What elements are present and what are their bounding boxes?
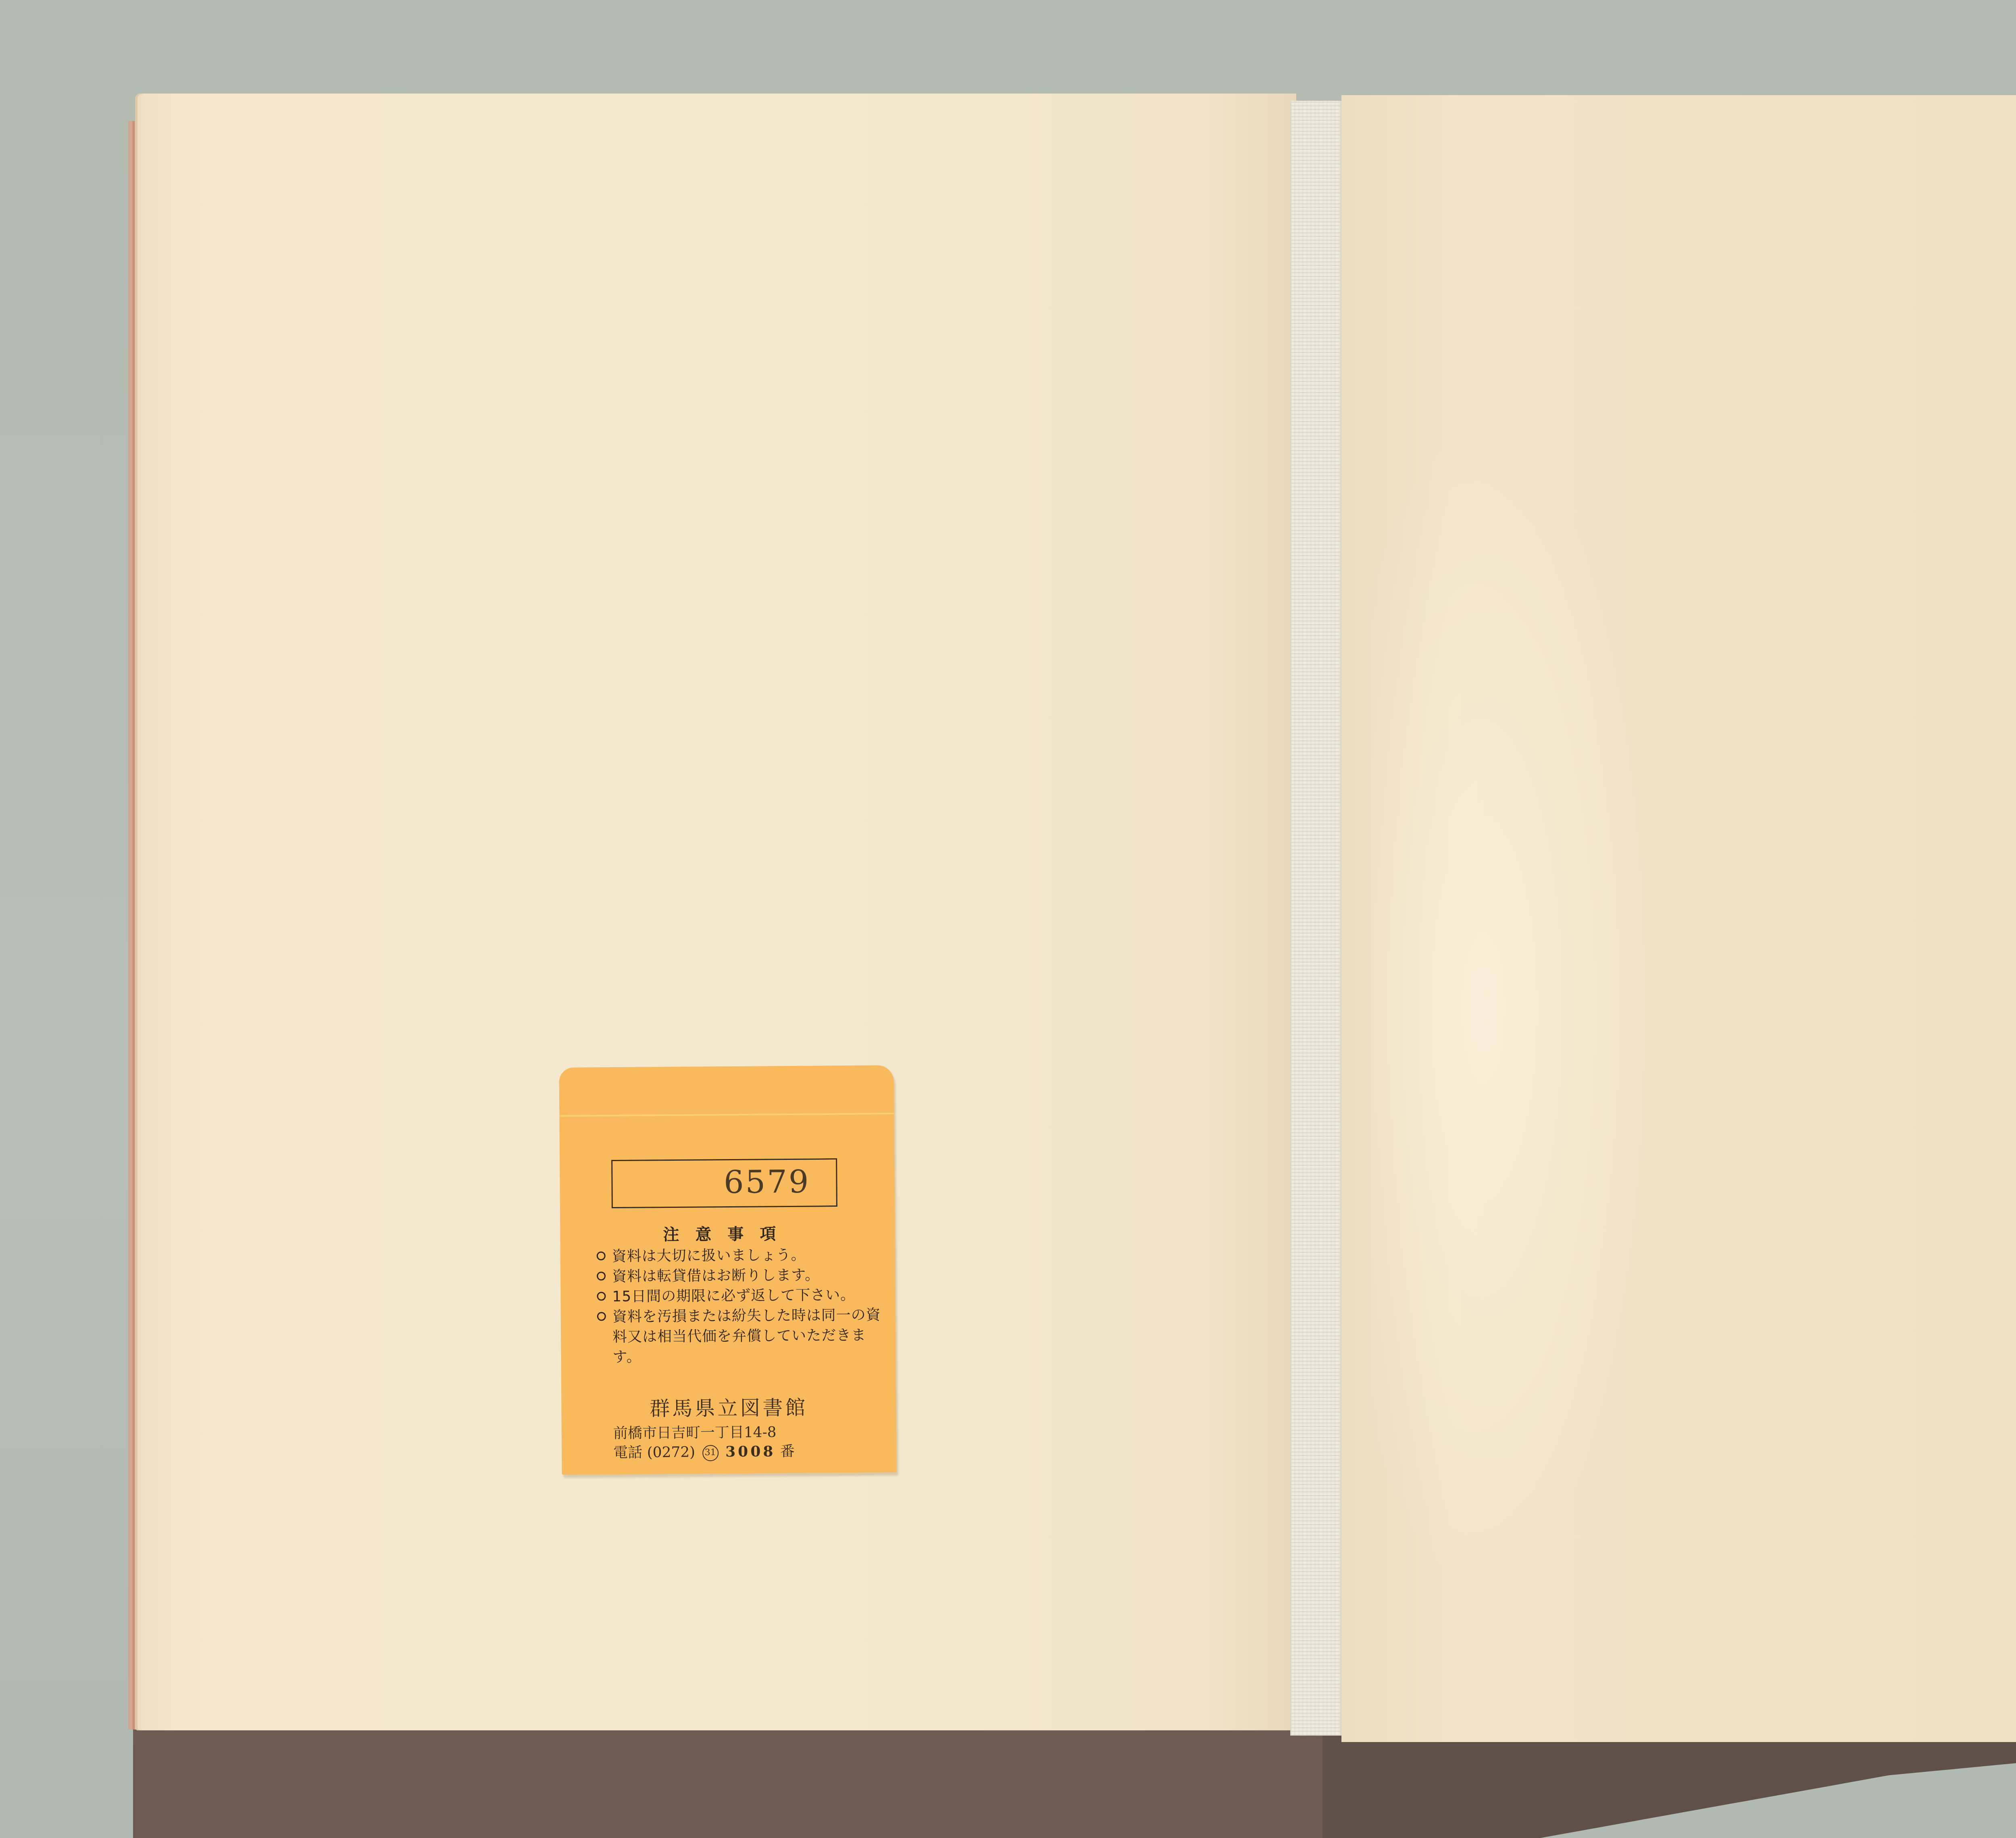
notice-item: 15日間の期限に必ず返して下さい。	[597, 1285, 887, 1307]
pocket-fold-line	[559, 1113, 894, 1117]
library-phone: 電話 (0272) 31 3008 番	[613, 1440, 795, 1462]
library-card-pocket: 6579 注意事項 資料は大切に扱いましょう。 資料は転貸借はお断りします。 1…	[559, 1065, 896, 1475]
notice-item: 資料を汚損または紛失した時は同一の資料又は相当代価を弁償していただきます。	[597, 1305, 888, 1368]
notice-heading: 注意事項	[560, 1220, 895, 1246]
circle-bullet-icon	[597, 1272, 606, 1280]
left-endpaper-page	[135, 94, 1296, 1730]
spine-cloth-tape	[1290, 101, 1341, 1736]
circle-bullet-icon	[597, 1251, 606, 1260]
notice-item: 資料は転貸借はお断りします。	[597, 1265, 887, 1287]
phone-number: 3008	[725, 1443, 775, 1460]
library-name: 群馬県立図書館	[561, 1391, 896, 1422]
phone-label: 電話	[613, 1444, 642, 1461]
phone-exchange-circled: 31	[702, 1445, 719, 1461]
notice-list: 資料は大切に扱いましょう。 資料は転貸借はお断りします。 15日間の期限に必ず返…	[597, 1245, 888, 1368]
library-address: 前橋市日吉町一丁目14-8	[613, 1421, 777, 1443]
call-number: 6579	[724, 1164, 810, 1201]
call-number-box: 6579	[611, 1158, 837, 1208]
page-wrinkle-highlight	[1371, 403, 1653, 1613]
phone-suffix: 番	[780, 1443, 795, 1460]
circle-bullet-icon	[597, 1312, 606, 1321]
circle-bullet-icon	[597, 1292, 606, 1301]
book-cover-shadow-left	[133, 1730, 1322, 1838]
notice-item: 資料は大切に扱いましょう。	[597, 1245, 887, 1267]
phone-area-code: (0272)	[647, 1444, 695, 1461]
